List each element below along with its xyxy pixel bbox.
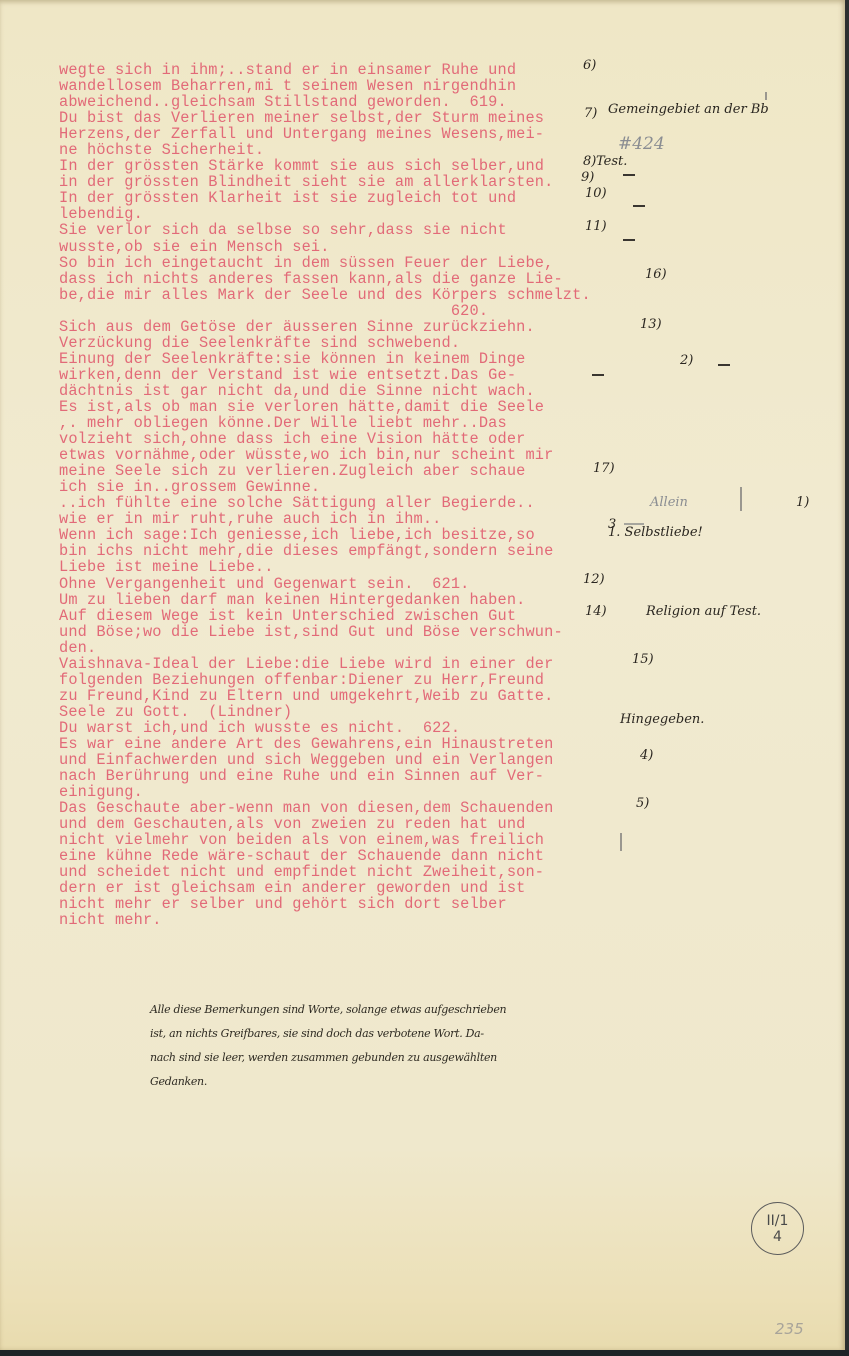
typed-line: wandellosem Beharren,mi t seinem Wesen n… [59, 78, 591, 94]
typed-line: Herzens,der Zerfall und Untergang meines… [59, 126, 591, 142]
typed-line: in der grössten Blindheit sieht sie am a… [59, 174, 591, 190]
typed-line: nicht vielmehr von beiden als von einem,… [59, 832, 591, 848]
margin-note: 14) [585, 604, 607, 619]
margin-note: 1) [796, 495, 809, 510]
typed-line: Sie verlor sich da selbse so sehr,dass s… [59, 222, 591, 238]
typed-line: be,die mir alles Mark der Seele und des … [59, 287, 591, 303]
typed-line: folgenden Beziehungen offenbar:Diener zu… [59, 672, 591, 688]
typed-line: dern er ist gleichsam ein anderer geword… [59, 880, 591, 896]
margin-note: 5) [636, 796, 649, 811]
typed-line: etwas vornähme,oder wüsste,wo ich bin,nu… [59, 447, 591, 463]
margin-note: 11) [585, 219, 607, 234]
margin-note: Allein [650, 495, 688, 510]
typed-line: und Böse;wo die Liebe ist,sind Gut und B… [59, 624, 591, 640]
typed-line: ,. mehr obliegen könne.Der Wille liebt m… [59, 415, 591, 431]
margin-dash [592, 374, 604, 376]
margin-note: Gemeingebiet an der Bb [608, 102, 769, 117]
typed-line: dass ich nichts anderes fassen kann,als … [59, 271, 591, 287]
margin-note: Hingegeben. [620, 712, 704, 727]
typed-line: wie er in mir ruht,ruhe auch ich in ihm.… [59, 511, 591, 527]
margin-note: 9) [581, 170, 594, 185]
typed-line: abweichend..gleichsam Stillstand geworde… [59, 94, 591, 110]
margin-note: 8) [583, 154, 596, 169]
typed-line: Du bist das Verlieren meiner selbst,der … [59, 110, 591, 126]
typed-line: nicht mehr. [59, 912, 591, 928]
typed-line: So bin ich eingetaucht in dem süssen Feu… [59, 255, 591, 271]
typed-line: wegte sich in ihm;..stand er in einsamer… [59, 62, 591, 78]
margin-note: 15) [632, 652, 654, 667]
typed-line: Wenn ich sage:Ich geniesse,ich liebe,ich… [59, 527, 591, 543]
typed-line: den. [59, 640, 591, 656]
typed-line: volzieht sich,ohne dass ich eine Vision … [59, 431, 591, 447]
handwritten-line: Gedanken. [150, 1070, 660, 1094]
typed-line: wirken,denn der Verstand ist wie entsetz… [59, 367, 591, 383]
margin-note: #424 [618, 134, 665, 154]
typed-line: Seele zu Gott. (Lindner) [59, 704, 591, 720]
margin-note: 1. Selbstliebe! [608, 525, 703, 540]
typed-line: Es ist,als ob man sie verloren hätte,dam… [59, 399, 591, 415]
pencil-mark [740, 487, 742, 511]
typed-line: Um zu lieben darf man keinen Hintergedan… [59, 592, 591, 608]
typed-line: lebendig. [59, 206, 591, 222]
stamp-bottom: 4 [773, 1229, 782, 1245]
typed-line: bin ichs nicht mehr,die dieses empfängt,… [59, 543, 591, 559]
margin-dash [623, 239, 635, 241]
typed-line: ne höchste Sicherheit. [59, 142, 591, 158]
document-page: wegte sich in ihm;..stand er in einsamer… [0, 0, 845, 1350]
typed-line: Du warst ich,und ich wusste es nicht. 62… [59, 720, 591, 736]
typed-line: und Einfachwerden und sich Weggeben und … [59, 752, 591, 768]
margin-note: Religion auf Test. [646, 604, 761, 619]
margin-note: 4) [640, 748, 653, 763]
typed-line: und scheidet nicht und empfindet nicht Z… [59, 864, 591, 880]
typed-line: Sich aus dem Getöse der äusseren Sinne z… [59, 319, 591, 335]
typed-line: Einung der Seelenkräfte:sie können in ke… [59, 351, 591, 367]
typed-line: meine Seele sich zu verlieren.Zugleich a… [59, 463, 591, 479]
typed-line: eine kühne Rede wäre-schaut der Schauend… [59, 848, 591, 864]
typed-line: 620. [59, 303, 591, 319]
typed-line: nicht mehr er selber und gehört sich dor… [59, 896, 591, 912]
margin-note: 13) [640, 317, 662, 332]
margin-dash [624, 523, 644, 525]
handwritten-line: nach sind sie leer, werden zusammen gebu… [150, 1046, 660, 1070]
typed-line: Verzückung die Seelenkräfte sind schwebe… [59, 335, 591, 351]
typed-line: Vaishnava-Ideal der Liebe:die Liebe wird… [59, 656, 591, 672]
margin-dash [633, 205, 645, 207]
handwritten-paragraph: Alle diese Bemerkungen sind Worte, solan… [150, 998, 660, 1094]
pencil-mark [620, 833, 622, 851]
typed-line: und dem Geschauten,als von zweien zu red… [59, 816, 591, 832]
typed-line: Es war eine andere Art des Gewahrens,ein… [59, 736, 591, 752]
folio-number: 235 [775, 1320, 804, 1338]
handwritten-line: ist, an nichts Greifbares, sie sind doch… [150, 1022, 660, 1046]
typed-line: Ohne Vergangenheit und Gegenwart sein. 6… [59, 576, 591, 592]
typed-line: einigung. [59, 784, 591, 800]
typed-line: nach Berührung und eine Ruhe und ein Sin… [59, 768, 591, 784]
stamp-top: II/1 [767, 1213, 789, 1229]
margin-note: 2) [680, 353, 693, 368]
typed-line: wusste,ob sie ein Mensch sei. [59, 239, 591, 255]
typed-line: Das Geschaute aber-wenn man von diesen,d… [59, 800, 591, 816]
typed-line: In der grössten Stärke kommt sie aus sic… [59, 158, 591, 174]
scan-edge [0, 1350, 849, 1356]
margin-dash [718, 364, 730, 366]
typed-line: In der grössten Klarheit ist sie zugleic… [59, 190, 591, 206]
handwritten-line: Alle diese Bemerkungen sind Worte, solan… [150, 998, 660, 1022]
typed-line: ..ich fühlte eine solche Sättigung aller… [59, 495, 591, 511]
typed-line: dächtnis ist gar nicht da,und die Sinne … [59, 383, 591, 399]
margin-note: 6) [583, 58, 596, 73]
pencil-mark [765, 92, 767, 100]
typed-line: ich sie in..grossem Gewinne. [59, 479, 591, 495]
margin-dash [623, 174, 635, 176]
typed-line: zu Freund,Kind zu Eltern und umgekehrt,W… [59, 688, 591, 704]
margin-note: 10) [585, 186, 607, 201]
typed-line: Liebe ist meine Liebe.. [59, 559, 591, 575]
margin-note: 16) [645, 267, 667, 282]
margin-note: 7) [584, 106, 597, 121]
margin-note: 12) [583, 572, 605, 587]
margin-note: 17) [593, 461, 615, 476]
margin-note: Test. [596, 154, 627, 169]
typewritten-text-block: wegte sich in ihm;..stand er in einsamer… [59, 62, 591, 929]
archive-stamp: II/1 4 [751, 1202, 804, 1255]
typed-line: Auf diesem Wege ist kein Unterschied zwi… [59, 608, 591, 624]
